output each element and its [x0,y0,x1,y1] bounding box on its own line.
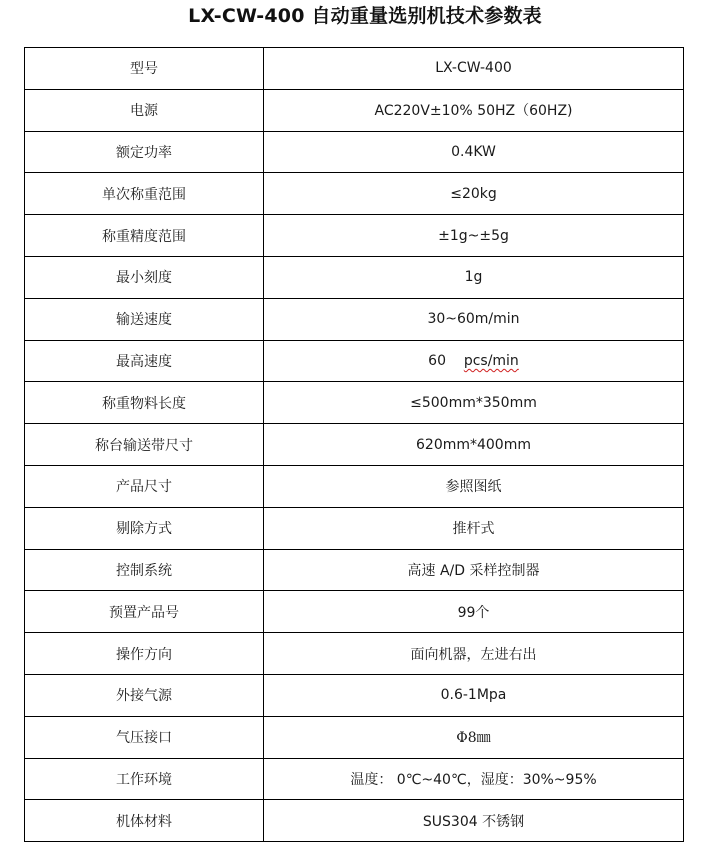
row-label: 预置产品号 [25,591,264,633]
row-value: 温度： 0℃~40℃，湿度：30%~95% [264,758,684,800]
table-row-product-size: 产品尺寸 参照图纸 [25,465,684,507]
table-row-conveyor-speed: 输送速度 30~60m/min [25,298,684,340]
table-row-material-length: 称重物料长度 ≤500mm*350mm [25,382,684,424]
row-label: 最小刻度 [25,256,264,298]
max-speed-unit: pcs/min [464,353,519,369]
row-label: 剔除方式 [25,507,264,549]
row-value: ±1g~±5g [264,215,684,257]
row-label: 单次称重范围 [25,173,264,215]
table-row-reject-method: 剔除方式 推杆式 [25,507,684,549]
row-label: 产品尺寸 [25,465,264,507]
row-label: 额定功率 [25,131,264,173]
row-value: 99个 [264,591,684,633]
row-label: 气压接口 [25,716,264,758]
table-row-model: 型号 LX-CW-400 [25,48,684,90]
table-row-max-speed: 最高速度 60 pcs/min [25,340,684,382]
row-label: 称台输送带尺寸 [25,424,264,466]
row-value: AC220V±10% 50HZ（60HZ) [264,89,684,131]
table-row-air-port: 气压接口 Φ8㎜ [25,716,684,758]
page-title: LX-CW-400 自动重量选别机技术参数表 [0,3,702,29]
row-label: 称重精度范围 [25,215,264,257]
row-value: 0.4KW [264,131,684,173]
row-label: 机体材料 [25,800,264,842]
row-label: 最高速度 [25,340,264,382]
row-value: 0.6-1Mpa [264,674,684,716]
row-label: 操作方向 [25,633,264,675]
row-value: 1g [264,256,684,298]
row-value: LX-CW-400 [264,48,684,90]
table-row-environment: 工作环境 温度： 0℃~40℃，湿度：30%~95% [25,758,684,800]
row-label: 控制系统 [25,549,264,591]
row-value: ≤20kg [264,173,684,215]
table-row-weighing-range: 单次称重范围 ≤20kg [25,173,684,215]
table-row-rated-power: 额定功率 0.4KW [25,131,684,173]
table-row-preset-products: 预置产品号 99个 [25,591,684,633]
table-row-power-supply: 电源 AC220V±10% 50HZ（60HZ) [25,89,684,131]
row-label: 工作环境 [25,758,264,800]
table-row-body-material: 机体材料 SUS304 不锈钢 [25,800,684,842]
row-label: 外接气源 [25,674,264,716]
row-value: 620mm*400mm [264,424,684,466]
spec-table: 型号 LX-CW-400 电源 AC220V±10% 50HZ（60HZ) 额定… [24,47,684,842]
table-row-min-scale: 最小刻度 1g [25,256,684,298]
row-label: 电源 [25,89,264,131]
row-value: 面向机器，左进右出 [264,633,684,675]
table-row-accuracy-range: 称重精度范围 ±1g~±5g [25,215,684,257]
row-value: 60 pcs/min [264,340,684,382]
row-label: 输送速度 [25,298,264,340]
table-row-operation-direction: 操作方向 面向机器，左进右出 [25,633,684,675]
row-value: 推杆式 [264,507,684,549]
row-label: 型号 [25,48,264,90]
row-value: SUS304 不锈钢 [264,800,684,842]
max-speed-number: 60 [428,353,446,369]
row-value: 参照图纸 [264,465,684,507]
table-row-control-system: 控制系统 高速 A/D 采样控制器 [25,549,684,591]
row-value: ≤500mm*350mm [264,382,684,424]
table-row-belt-size: 称台输送带尺寸 620mm*400mm [25,424,684,466]
row-value: 30~60m/min [264,298,684,340]
table-row-air-supply: 外接气源 0.6-1Mpa [25,674,684,716]
row-value: 高速 A/D 采样控制器 [264,549,684,591]
row-label: 称重物料长度 [25,382,264,424]
row-value: Φ8㎜ [264,716,684,758]
